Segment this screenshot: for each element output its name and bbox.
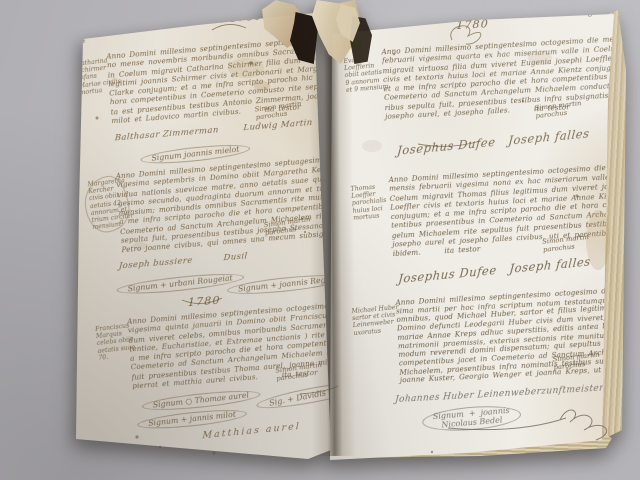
right-entry-1-big-signature: Josephus Dufee Joseph falles xyxy=(397,126,591,158)
right-margin-note-2: ThomasLoefflerparochialishuius locimortu… xyxy=(350,183,389,222)
right-entry-3: Anno Domini millesimo septingentesimo oc… xyxy=(395,286,626,386)
signum-oval: Signum + joannisNicolaus Bedel xyxy=(421,403,522,434)
right-page: 1780 8 EvaLoefflerinobiit aetatis9 annor… xyxy=(326,4,630,466)
right-page-number: 8 xyxy=(587,10,592,19)
left-entry-2-circled-signature-1: Signum + urbani Rougeiat xyxy=(116,266,245,296)
left-year-heading: 1779. et 1780 xyxy=(170,9,263,29)
right-entry-3-signature-line: Johannes Huber Leinenweberzunftmeister xyxy=(395,383,605,405)
right-entry-2-big-signature: Josephus Dufee Joseph falles xyxy=(398,255,592,287)
right-page-content: 1780 8 EvaLoefflerinobiit aetatis9 annor… xyxy=(334,10,640,462)
manuscript-book: 4 1779. et 1780 CatharinaSchirmerinfansM… xyxy=(0,0,640,480)
right-year-heading: 1780 xyxy=(456,17,489,32)
signum-oval: Signum + urbani Rougeiat xyxy=(116,270,244,297)
right-margin-note-3: Michael Hubersartor et civisLeinenweberu… xyxy=(351,304,395,337)
photo-backdrop: 4 1779. et 1780 CatharinaSchirmerinfansM… xyxy=(0,0,640,480)
right-entry-3-circled-signature: Signum + joannisNicolaus Bedel xyxy=(422,404,522,432)
left-page-number: 4 xyxy=(81,35,86,44)
book-gutter-shadow xyxy=(308,8,356,456)
left-page: 4 1779. et 1780 CatharinaSchirmerinfansM… xyxy=(68,8,334,462)
left-margin-note-3: FranciscusMarquiscelebs obiitaetatis sua… xyxy=(95,323,131,362)
left-entry-2: Anno Domini millesimo septingentesimo se… xyxy=(115,155,335,255)
mid-year-heading: 1780 xyxy=(188,294,221,310)
